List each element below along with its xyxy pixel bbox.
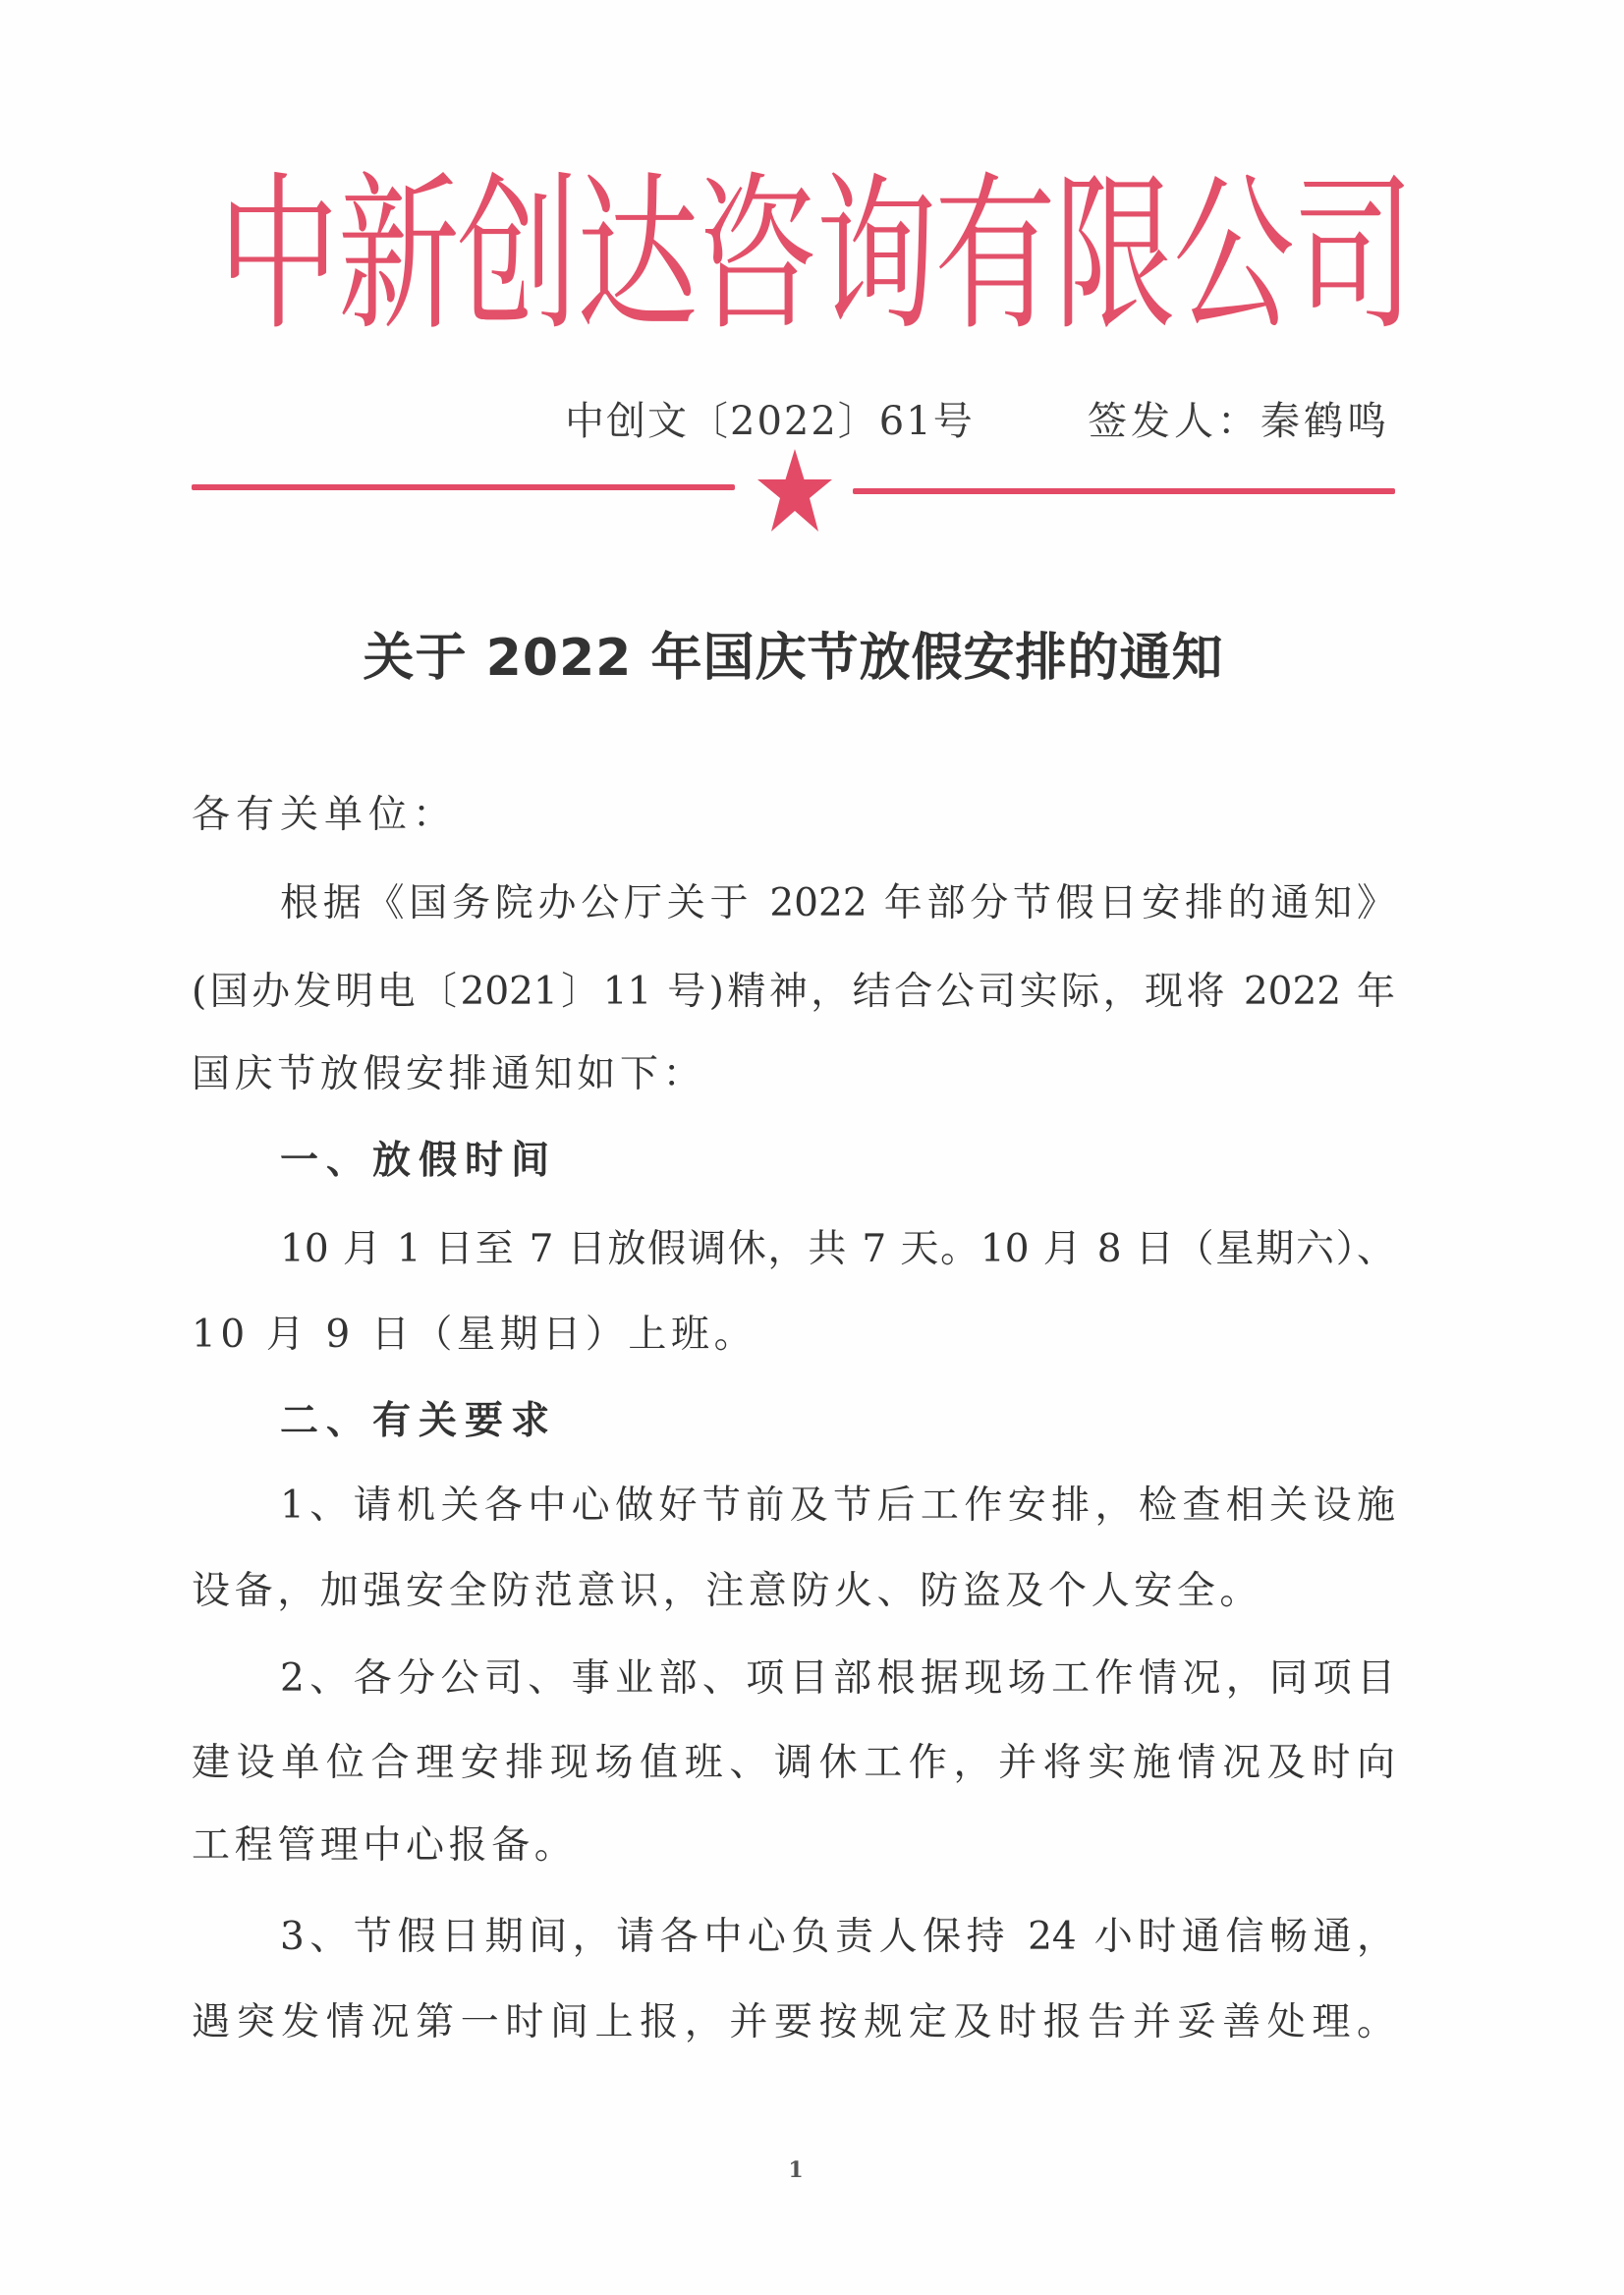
letterhead-char: 限 xyxy=(1054,157,1140,354)
letterhead-char: 新 xyxy=(337,157,422,354)
letterhead-char: 有 xyxy=(934,157,1020,354)
letterhead-char: 创 xyxy=(457,157,542,354)
section-heading-1: 一、放假时间 xyxy=(280,1131,1395,1190)
list-item-line: 1、请机关各中心做好节前及节后工作安排，检查相关设施 xyxy=(280,1477,1395,1536)
list-item-line: 3、节假日期间，请各中心负责人保持 24 小时通信畅通， xyxy=(280,1908,1395,1967)
letterhead-char: 司 xyxy=(1293,157,1378,354)
letterhead-char: 中 xyxy=(218,157,304,354)
letterhead-char: 公 xyxy=(1173,157,1259,354)
list-item-line: 遇突发情况第一时间上报，并要按规定及时报告并妥善处理。 xyxy=(192,1993,1395,2052)
red-rule-right xyxy=(853,488,1395,494)
paragraph-line: 10 月 1 日至 7 日放假调休，共 7 天。10 月 8 日（星期六）、 xyxy=(280,1220,1395,1279)
list-item-line: 设备，加强安全防范意识，注意防火、防盗及个人安全。 xyxy=(192,1562,1395,1621)
document-reference-line: 中创文〔2022〕61号 签发人：秦鹤鸣 xyxy=(565,397,1390,446)
page-number: 1 xyxy=(766,2157,825,2183)
red-rule-left xyxy=(192,484,735,490)
list-item-line: 建设单位合理安排现场值班、调休工作，并将实施情况及时向 xyxy=(192,1734,1395,1793)
paragraph-line: 10 月 9 日（星期日）上班。 xyxy=(192,1306,1395,1365)
document-title: 关于 2022 年国庆节放假安排的通知 xyxy=(192,629,1395,688)
list-item-line: 2、各分公司、事业部、项目部根据现场工作情况，同项目 xyxy=(280,1650,1395,1708)
letterhead-char: 达 xyxy=(577,157,662,354)
list-item-line: 工程管理中心报备。 xyxy=(192,1817,1395,1875)
document-number: 中创文〔2022〕61号 xyxy=(565,397,975,446)
letterhead-char: 询 xyxy=(815,157,901,354)
document-page: 中 新 创 达 咨 询 有 限 公 司 中创文〔2022〕61号 签发人：秦鹤鸣… xyxy=(0,0,1624,2295)
letterhead-char: 咨 xyxy=(696,157,781,354)
section-heading-2: 二、有关要求 xyxy=(280,1391,1395,1450)
paragraph-line: 国庆节放假安排通知如下： xyxy=(192,1045,1395,1104)
salutation: 各有关单位： xyxy=(192,786,1395,845)
issuer: 签发人：秦鹤鸣 xyxy=(1088,397,1390,446)
paragraph-line: (国办发明电〔2021〕11 号)精神，结合公司实际，现将 2022 年 xyxy=(192,963,1395,1022)
paragraph-line: 根据《国务院办公厅关于 2022 年部分节假日安排的通知》 xyxy=(280,874,1395,933)
letterhead-company-name: 中 新 创 达 咨 询 有 限 公 司 xyxy=(201,157,1395,354)
star-icon xyxy=(756,447,833,533)
